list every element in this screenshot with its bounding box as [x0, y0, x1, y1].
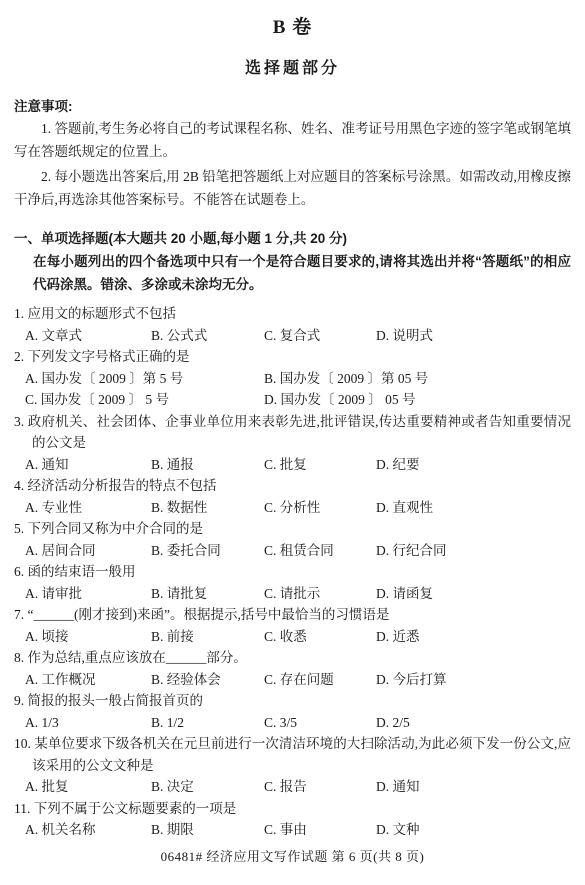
question-options: A. 批复B. 决定C. 报告D. 通知	[25, 776, 571, 798]
option-c: C. 复合式	[264, 325, 376, 347]
option-d: D. 行纪合同	[376, 540, 571, 562]
question-stem: 2. 下列发文字号格式正确的是	[14, 346, 571, 368]
option-b: B. 1/2	[151, 712, 264, 734]
question-options: A. 工作概况B. 经验体会C. 存在问题D. 今后打算	[25, 669, 571, 691]
exam-page: B 卷 选择题部分 注意事项: 1. 答题前,考生务必将自己的考试课程名称、姓名…	[0, 0, 585, 885]
option-b: B. 数据性	[151, 497, 264, 519]
option-d: D. 说明式	[376, 325, 571, 347]
question-options: A. 1/3B. 1/2C. 3/5D. 2/5	[25, 712, 571, 734]
option-d: D. 国办发〔 2009 〕 05 号	[264, 389, 571, 411]
question-options: A. 专业性B. 数据性C. 分析性D. 直观性	[25, 497, 571, 519]
question-stem: 8. 作为总结,重点应该放在______部分。	[14, 647, 571, 669]
option-a: A. 请审批	[25, 583, 151, 605]
option-b: B. 前接	[151, 626, 264, 648]
question: 5. 下列合同又称为中介合同的是 A. 居间合同B. 委托合同C. 租赁合同D.…	[14, 518, 571, 561]
question-stem: 10. 某单位要求下级各机关在元旦前进行一次清洁环境的大扫除活动,为此必须下发一…	[14, 733, 571, 776]
option-c: C. 批复	[264, 454, 376, 476]
page-footer: 06481# 经济应用文写作试题 第 6 页(共 8 页)	[14, 846, 571, 865]
option-a: A. 居间合同	[25, 540, 151, 562]
option-c: C. 租赁合同	[264, 540, 376, 562]
question: 10. 某单位要求下级各机关在元旦前进行一次清洁环境的大扫除活动,为此必须下发一…	[14, 733, 571, 798]
option-d: D. 文种	[376, 819, 571, 841]
option-d: D. 今后打算	[376, 669, 571, 691]
question-options: A. 顷接B. 前接C. 收悉D. 近悉	[25, 626, 571, 648]
question-stem: 4. 经济活动分析报告的特点不包括	[14, 475, 571, 497]
option-a: A. 国办发〔 2009 〕第 5 号	[25, 368, 264, 390]
option-c: C. 分析性	[264, 497, 376, 519]
option-b: B. 决定	[151, 776, 264, 798]
option-d: D. 近悉	[376, 626, 571, 648]
option-b: B. 请批复	[151, 583, 264, 605]
option-c: C. 3/5	[264, 712, 376, 734]
question: 7. “______(刚才接到)来函”。根据提示,括号中最恰当的习惯语是 A. …	[14, 604, 571, 647]
option-d: D. 通知	[376, 776, 571, 798]
question-stem: 9. 简报的报头一般占简报首页的	[14, 690, 571, 712]
question: 6. 函的结束语一般用 A. 请审批B. 请批复C. 请批示D. 请函复	[14, 561, 571, 604]
question-options: A. 国办发〔 2009 〕第 5 号B. 国办发〔 2009 〕第 05 号C…	[25, 368, 571, 411]
option-c: C. 收悉	[264, 626, 376, 648]
option-a: A. 1/3	[25, 712, 151, 734]
option-a: A. 通知	[25, 454, 151, 476]
question-stem: 5. 下列合同又称为中介合同的是	[14, 518, 571, 540]
question-stem: 1. 应用文的标题形式不包括	[14, 303, 571, 325]
option-a: A. 批复	[25, 776, 151, 798]
option-b: B. 公式式	[151, 325, 264, 347]
option-b: B. 经验体会	[151, 669, 264, 691]
option-a: A. 工作概况	[25, 669, 151, 691]
section-heading: 一、单项选择题(本大题共 20 小题,每小题 1 分,共 20 分)	[14, 227, 571, 250]
question-stem: 11. 下列不属于公文标题要素的一项是	[14, 798, 571, 820]
option-c: C. 请批示	[264, 583, 376, 605]
question-options: A. 机关名称B. 期限C. 事由D. 文种	[25, 819, 571, 841]
option-a: A. 机关名称	[25, 819, 151, 841]
option-b: B. 通报	[151, 454, 264, 476]
option-b: B. 国办发〔 2009 〕第 05 号	[264, 368, 571, 390]
option-c: C. 存在问题	[264, 669, 376, 691]
question: 4. 经济活动分析报告的特点不包括 A. 专业性B. 数据性C. 分析性D. 直…	[14, 475, 571, 518]
notice-heading: 注意事项:	[14, 95, 571, 115]
question-stem: 6. 函的结束语一般用	[14, 561, 571, 583]
option-b: B. 期限	[151, 819, 264, 841]
option-d: D. 纪要	[376, 454, 571, 476]
question: 11. 下列不属于公文标题要素的一项是 A. 机关名称B. 期限C. 事由D. …	[14, 798, 571, 841]
option-d: D. 直观性	[376, 497, 571, 519]
section-instruction: 在每小题列出的四个备选项中只有一个是符合题目要求的,请将其选出并将“答题纸”的相…	[33, 250, 571, 296]
section-part-title: 选择题部分	[14, 55, 571, 78]
option-b: B. 委托合同	[151, 540, 264, 562]
option-a: A. 文章式	[25, 325, 151, 347]
option-d: D. 请函复	[376, 583, 571, 605]
question-stem: 3. 政府机关、社会团体、企事业单位用来表彰先进,批评错误,传达重要精神或者告知…	[14, 411, 571, 454]
question-options: A. 请审批B. 请批复C. 请批示D. 请函复	[25, 583, 571, 605]
question: 8. 作为总结,重点应该放在______部分。 A. 工作概况B. 经验体会C.…	[14, 647, 571, 690]
question-options: A. 居间合同B. 委托合同C. 租赁合同D. 行纪合同	[25, 540, 571, 562]
option-c: C. 报告	[264, 776, 376, 798]
question-stem: 7. “______(刚才接到)来函”。根据提示,括号中最恰当的习惯语是	[14, 604, 571, 626]
questions-list: 1. 应用文的标题形式不包括 A. 文章式B. 公式式C. 复合式D. 说明式 …	[14, 303, 571, 841]
question: 2. 下列发文字号格式正确的是 A. 国办发〔 2009 〕第 5 号B. 国办…	[14, 346, 571, 411]
question-options: A. 文章式B. 公式式C. 复合式D. 说明式	[25, 325, 571, 347]
question: 1. 应用文的标题形式不包括 A. 文章式B. 公式式C. 复合式D. 说明式	[14, 303, 571, 346]
question: 3. 政府机关、社会团体、企事业单位用来表彰先进,批评错误,传达重要精神或者告知…	[14, 411, 571, 476]
option-a: A. 专业性	[25, 497, 151, 519]
option-c: C. 事由	[264, 819, 376, 841]
option-c: C. 国办发〔 2009 〕 5 号	[25, 389, 264, 411]
question: 9. 简报的报头一般占简报首页的 A. 1/3B. 1/2C. 3/5D. 2/…	[14, 690, 571, 733]
notice-item-2: 2. 每小题选出答案后,用 2B 铅笔把答题纸上对应题目的答案标号涂黑。如需改动…	[14, 165, 571, 211]
page-title: B 卷	[14, 12, 571, 39]
question-options: A. 通知B. 通报C. 批复D. 纪要	[25, 454, 571, 476]
option-d: D. 2/5	[376, 712, 571, 734]
option-a: A. 顷接	[25, 626, 151, 648]
notice-item-1: 1. 答题前,考生务必将自己的考试课程名称、姓名、准考证号用黑色字迹的签字笔或钢…	[14, 117, 571, 163]
